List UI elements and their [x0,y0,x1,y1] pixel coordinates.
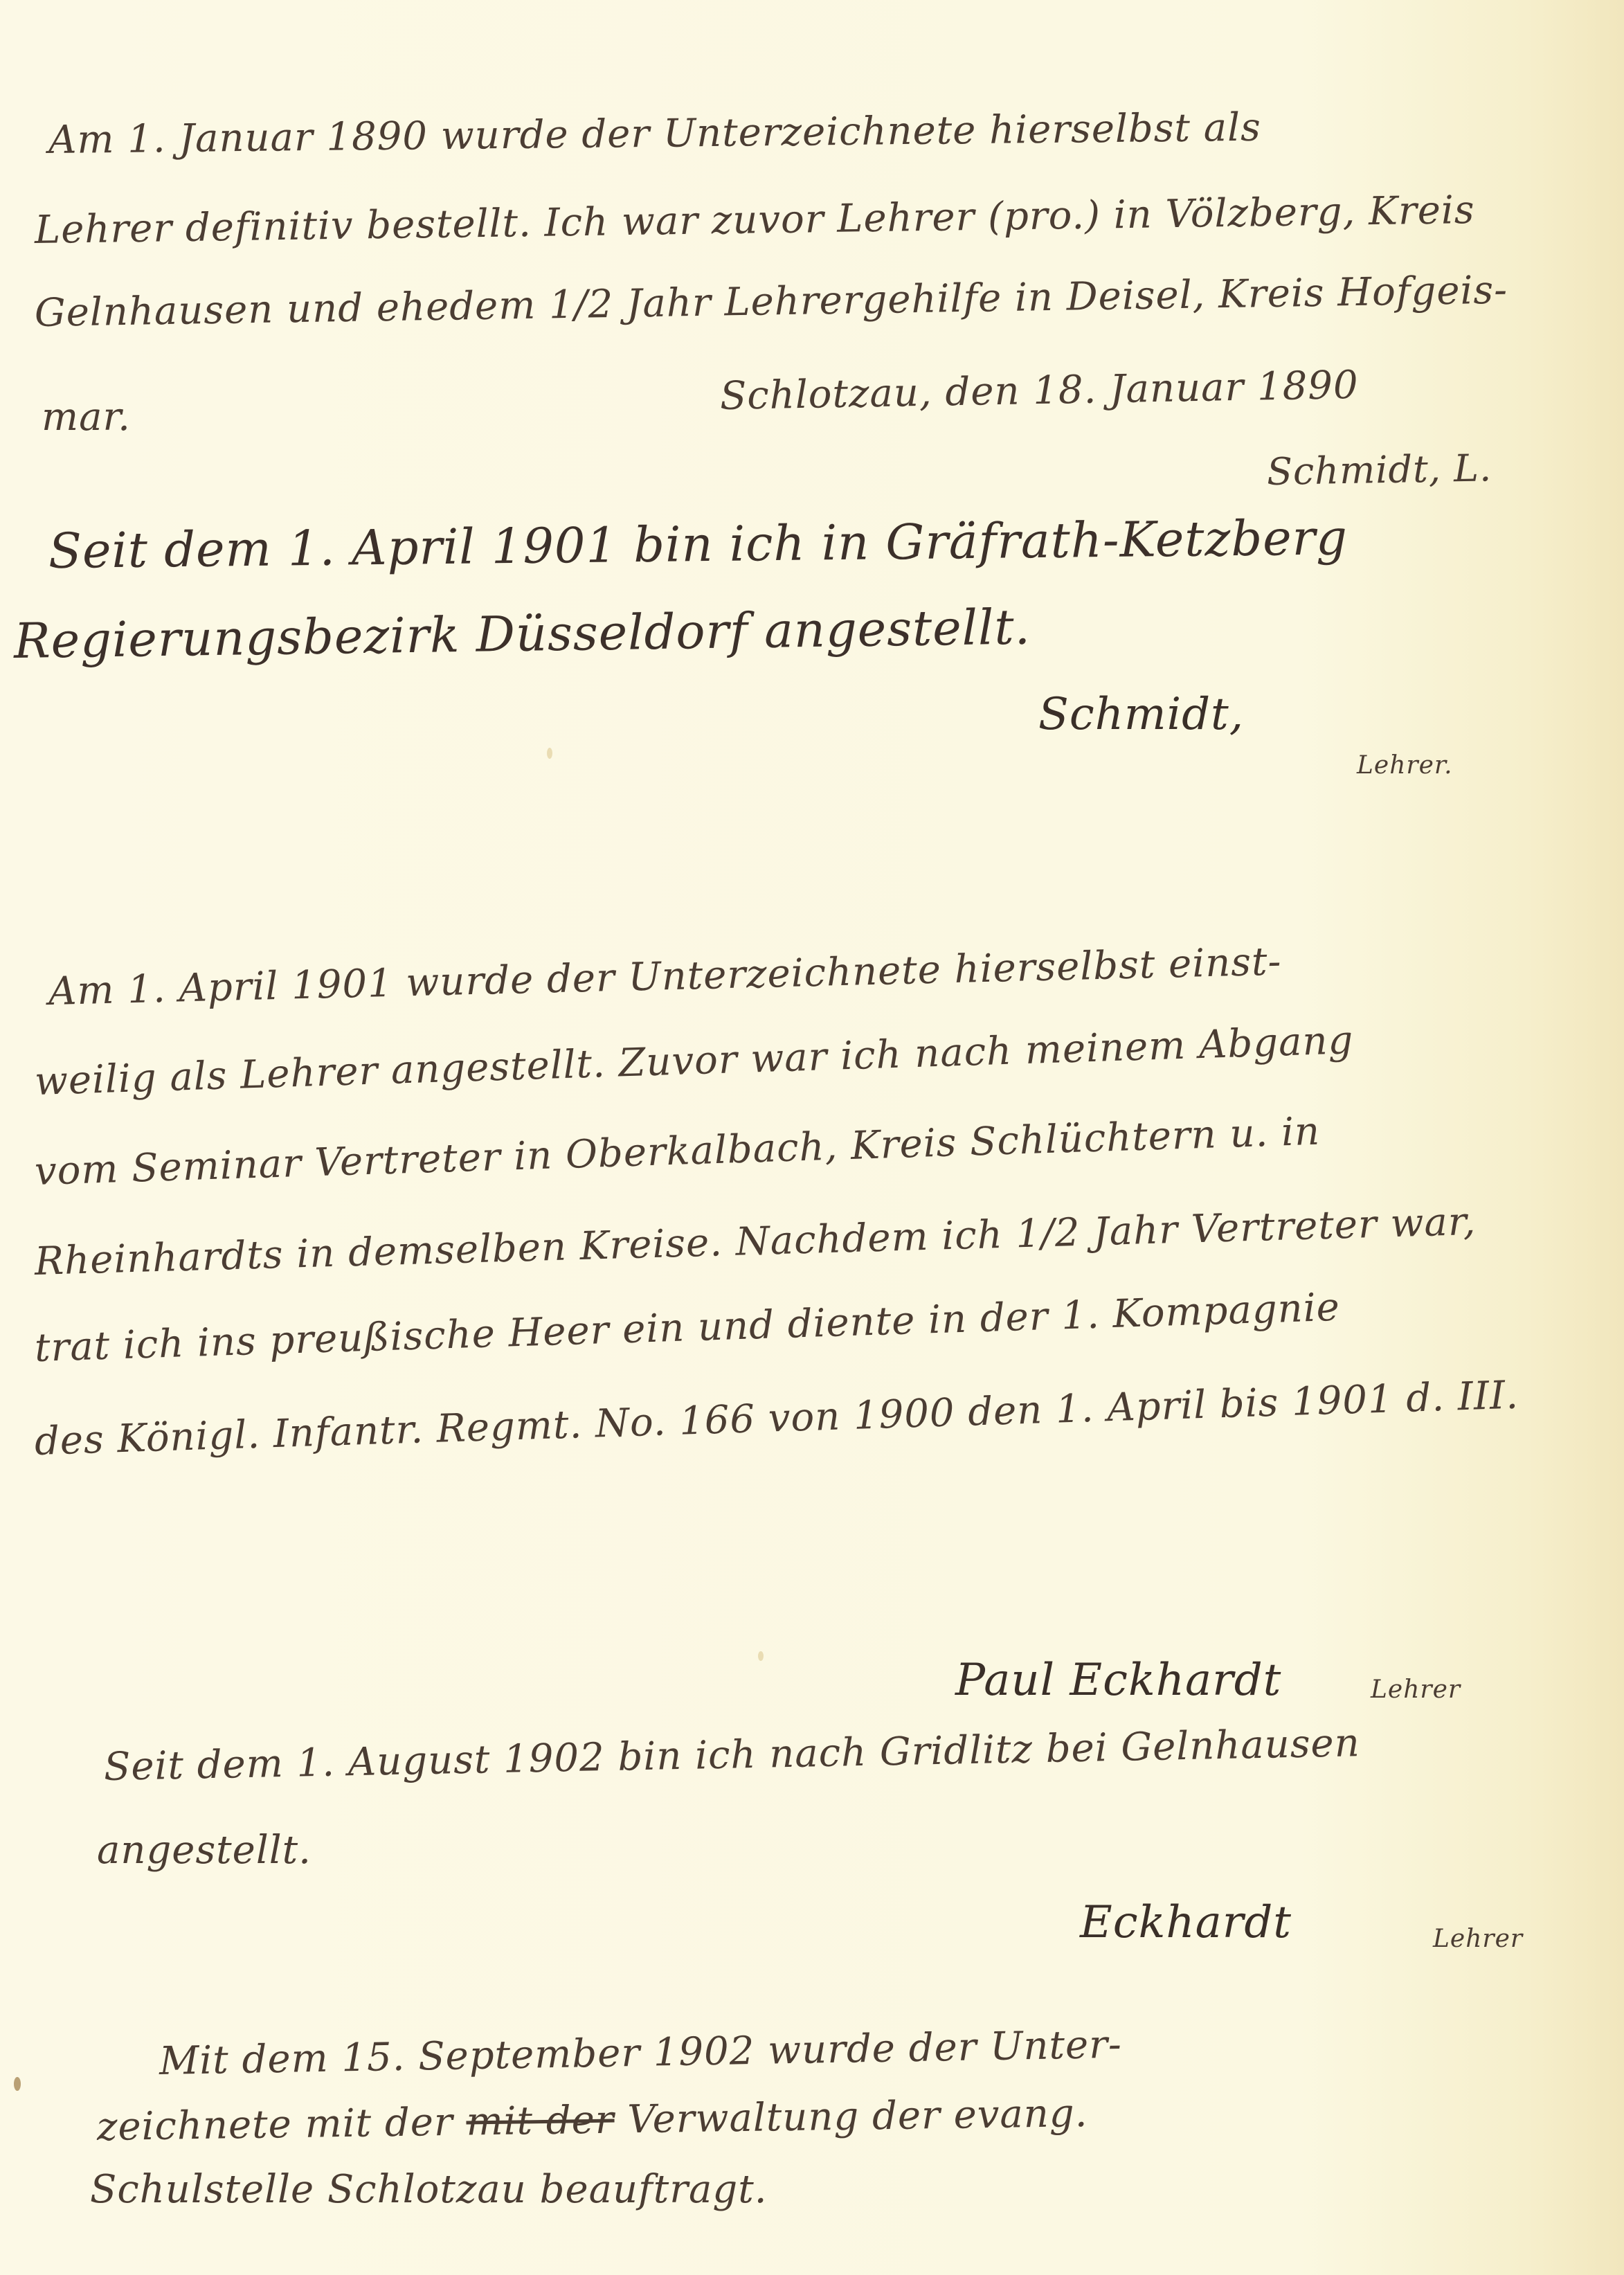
entry-5-line-2: zeichnete mit der mit der Verwaltung der… [97,2091,1088,2150]
entry-3-line-6: des Königl. Infantr. Regmt. No. 166 von … [34,1373,1519,1464]
entry-3-line-5: trat ich ins preußische Heer ein und die… [34,1285,1341,1371]
text-segment: Schulstelle Schlotzau beauftragt. [90,2167,768,2212]
entry-3-line-1: Am 1. April 1901 wurde der Unterzeichnet… [48,939,1282,1014]
entry-4-line-1: Seit dem 1. August 1902 bin ich nach Gri… [103,1720,1360,1790]
entry-2-line-1: Seit dem 1. April 1901 bin ich in Gräfra… [48,509,1348,579]
entry-4-signature: Eckhardt [1080,1897,1292,1948]
ink-stain [547,748,552,759]
entry-3-signature: Paul Eckhardt [955,1655,1281,1706]
entry-1-signature: Schmidt, L. [1266,446,1492,494]
text-segment: Verwaltung der evang. [614,2091,1088,2143]
struck-text-segment: mit der [466,2098,615,2145]
entry-5-line-1: Mit dem 15. September 1902 wurde der Unt… [159,2022,1122,2084]
entry-1-line-1: Am 1. Januar 1890 wurde der Unterzeichne… [48,105,1261,163]
entry-3-line-3: vom Seminar Vertreter in Oberkalbach, Kr… [34,1109,1321,1194]
entry-2-line-2: Regierungsbezirk Düsseldorf angestellt. [13,598,1031,669]
entry-3-signature-title: Lehrer [1371,1675,1461,1704]
ink-stain [758,1651,764,1661]
document-page: Am 1. Januar 1890 wurde der Unterzeichne… [0,0,1624,2275]
entry-1-line-3: Gelnhausen und ehedem 1/2 Jahr Lehrergeh… [34,268,1508,336]
text-segment: zeichnete mit der [97,2100,467,2150]
ink-stain [14,2077,21,2091]
entry-1-line-4: mar. [42,395,131,440]
entry-3-line-2: weilig als Lehrer angestellt. Zuvor war … [34,1018,1354,1104]
entry-5-line-3: Schulstelle Schlotzau beauftragt. [90,2167,768,2212]
entry-4-signature-title: Lehrer [1433,1925,1523,1953]
entry-1-place-date: Schlotzau, den 18. Januar 1890 [719,363,1359,419]
entry-2-signature: Schmidt, [1038,689,1244,740]
entry-1-line-2: Lehrer definitiv bestellt. Ich war zuvor… [35,188,1475,253]
entry-3-line-4: Rheinhardts in demselben Kreise. Nachdem… [34,1199,1477,1284]
text-segment: Mit dem 15. September 1902 wurde der Unt… [159,2022,1122,2084]
entry-4-line-2: angestellt. [97,1828,312,1873]
entry-2-signature-title: Lehrer. [1357,751,1453,780]
